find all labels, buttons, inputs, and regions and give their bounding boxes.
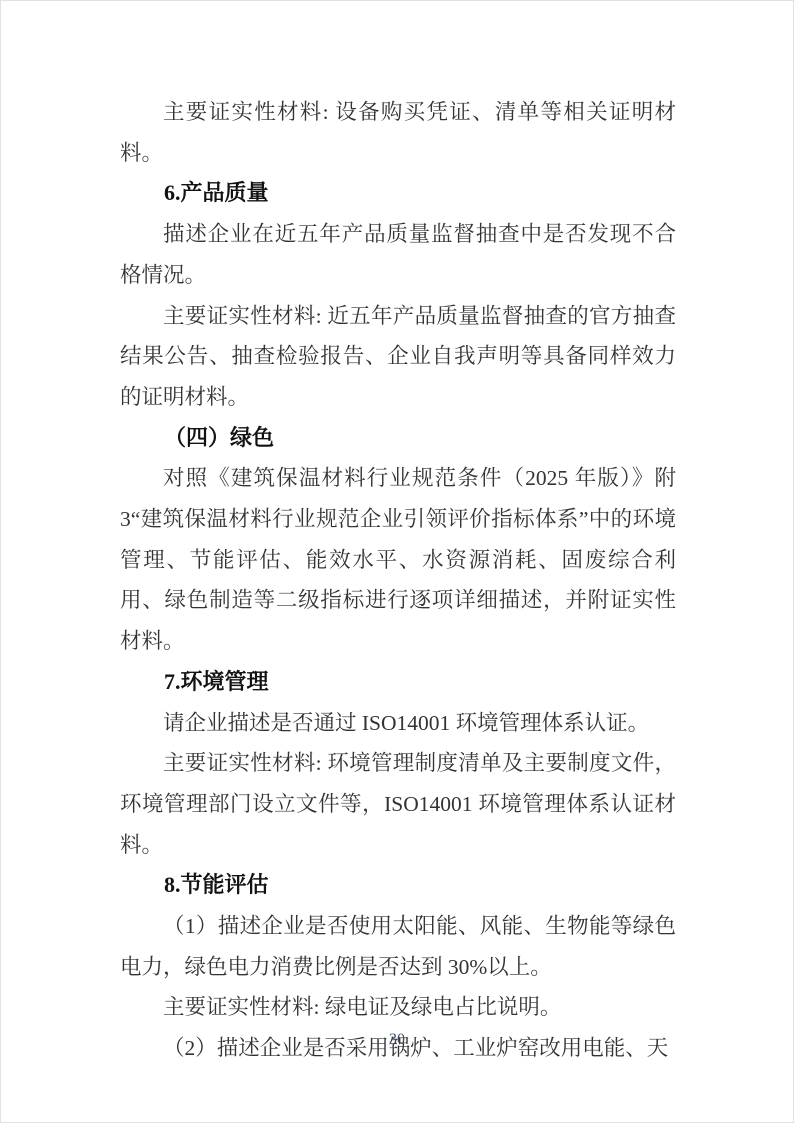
body-paragraph: （1）描述企业是否使用太阳能、风能、生物能等绿色电力，绿色电力消费比例是否达到 … <box>120 906 676 987</box>
page-footer: 30 <box>0 1030 794 1050</box>
body-paragraph: 描述企业在近五年产品质量监督抽查中是否发现不合格情况。 <box>120 214 676 295</box>
page-number: 30 <box>389 1031 405 1048</box>
body-paragraph: 主要证实性材料: 设备购买凭证、清单等相关证明材料。 <box>120 92 676 173</box>
section-heading: 7.环境管理 <box>120 662 676 703</box>
body-paragraph: 对照《建筑保温材料行业规范条件（2025 年版）》附 3“建筑保温材料行业规范企… <box>120 458 676 662</box>
document-content: 主要证实性材料: 设备购买凭证、清单等相关证明材料。6.产品质量描述企业在近五年… <box>120 92 676 1069</box>
section-heading: （四）绿色 <box>120 418 676 459</box>
section-heading: 8.节能评估 <box>120 865 676 906</box>
body-paragraph: 请企业描述是否通过 ISO14001 环境管理体系认证。 <box>120 703 676 744</box>
body-paragraph: 主要证实性材料: 绿电证及绿电占比说明。 <box>120 987 676 1028</box>
document-page: 主要证实性材料: 设备购买凭证、清单等相关证明材料。6.产品质量描述企业在近五年… <box>0 0 794 1123</box>
body-paragraph: 主要证实性材料: 近五年产品质量监督抽查的官方抽查结果公告、抽查检验报告、企业自… <box>120 296 676 418</box>
section-heading: 6.产品质量 <box>120 173 676 214</box>
body-paragraph: 主要证实性材料: 环境管理制度清单及主要制度文件，环境管理部门设立文件等，ISO… <box>120 743 676 865</box>
